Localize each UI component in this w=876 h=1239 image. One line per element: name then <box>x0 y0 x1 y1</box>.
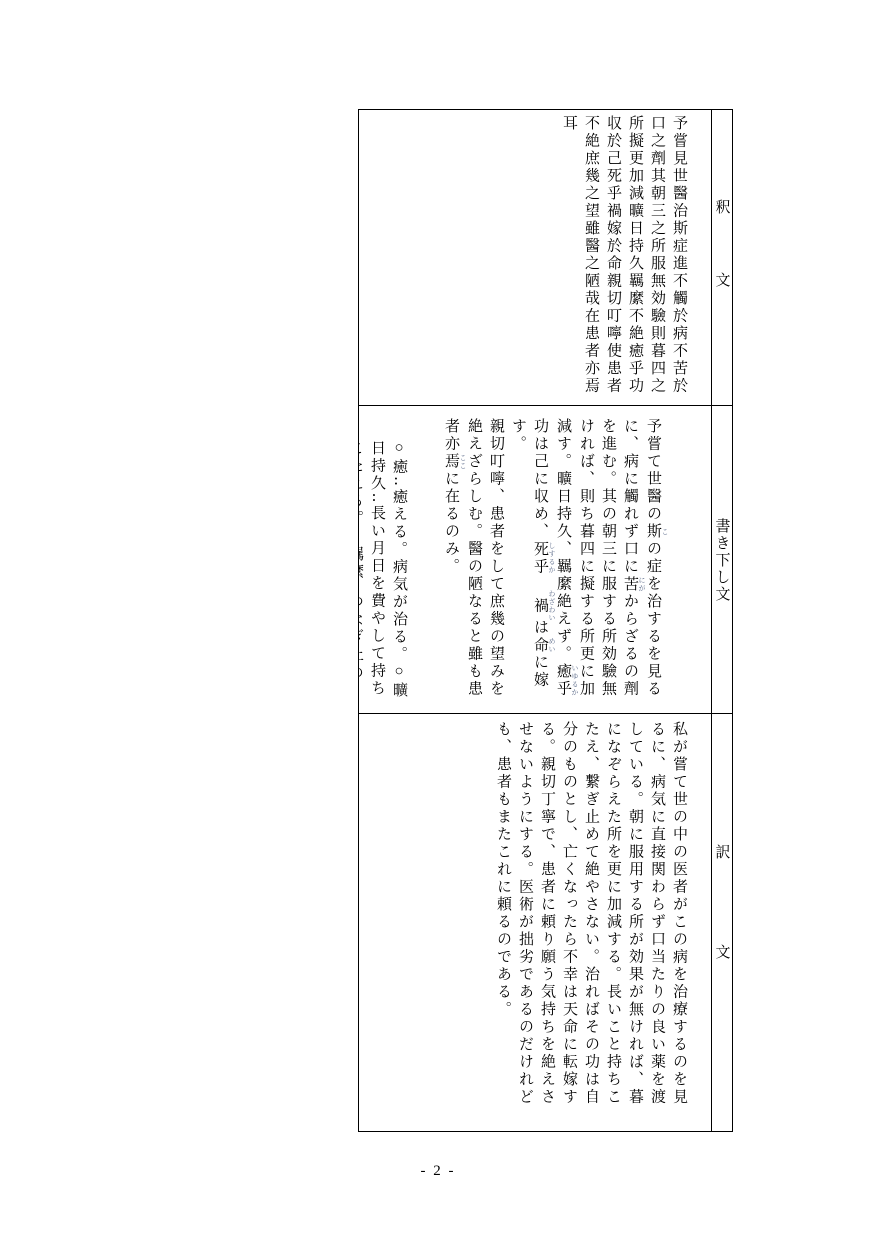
kakikudashi-text: 予嘗て世醫の斯この症を治するを見る に、病に觸れず口に苦にがからざるの劑 を進む… <box>440 418 668 711</box>
shakubun-text: 予嘗見世醫治斯症進不觸於病不苦於 口之劑其朝三之所服無効驗則暮四之 所擬更加減曠… <box>359 110 711 405</box>
yakubun-label-cell: 訳文 <box>711 714 732 1131</box>
row-shakubun: 予嘗見世醫治斯症進不觸於病不苦於 口之劑其朝三之所服無効驗則暮四之 所擬更加減曠… <box>359 110 732 406</box>
shakubun-label: 釈文 <box>712 170 733 345</box>
kakikudashi-label-cell: 書き下し文 <box>711 406 732 713</box>
yakubun-label: 訳文 <box>712 801 733 1044</box>
shakubun-label-cell: 釈文 <box>711 110 732 405</box>
row-kakikudashi: 予嘗て世醫の斯この症を治するを見る に、病に觸れず口に苦にがからざるの劑 を進む… <box>359 406 732 714</box>
row-yakubun: 私が嘗て世の中の医者がこの病を治療するのを見 るに、病気に直接関わらず口当たりの… <box>359 714 732 1131</box>
kakikudashi-notes: ○癒‥癒える。病気が治る。○曠 日持久‥長い月日を費やして持ち こたえる。○羈縻… <box>359 418 410 711</box>
document-page: 予嘗見世醫治斯症進不觸於病不苦於 口之劑其朝三之所服無効驗則暮四之 所擬更加減曠… <box>0 0 876 1239</box>
page-number: - 2 - <box>0 1163 876 1180</box>
kanbun-study-table: 予嘗見世醫治斯症進不觸於病不苦於 口之劑其朝三之所服無効驗則暮四之 所擬更加減曠… <box>358 109 733 1132</box>
kakikudashi-cell: 予嘗て世醫の斯この症を治するを見る に、病に觸れず口に苦にがからざるの劑 を進む… <box>359 406 711 713</box>
yakubun-text: 私が嘗て世の中の医者がこの病を治療するのを見 るに、病気に直接関わらず口当たりの… <box>359 714 711 1131</box>
kakikudashi-label: 書き下し文 <box>712 517 733 603</box>
